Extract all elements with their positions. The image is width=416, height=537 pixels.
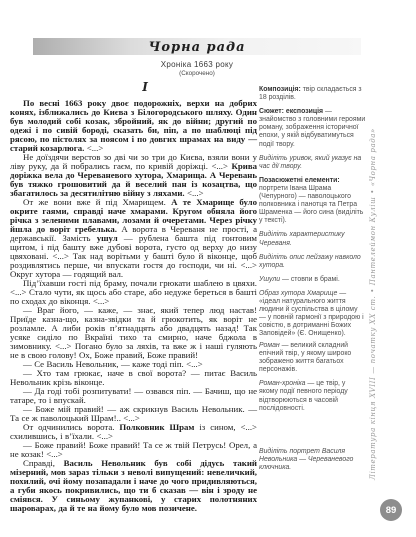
text-run: Роман-хроніка: [259, 380, 306, 387]
subtitle: Хроніка 1663 року: [33, 60, 361, 69]
chapter-numeral: І: [10, 80, 280, 94]
textbook-page: { "header": { "title": "Чорна рада", "su…: [0, 0, 416, 537]
annotation-theory: Роман — великий складний епічний твір, у…: [259, 342, 366, 374]
text-run: портрети Івана Шрама (Чепурного) — павол…: [259, 185, 363, 224]
paragraph: От одчинились ворота. Полковник Шрам із …: [10, 423, 257, 441]
edge-caption: Література кінця XVIII — початку XX ст. …: [369, 28, 377, 480]
paragraph: — Боже мій правий! — аж скрикнув Василь …: [10, 405, 257, 423]
text-run: Композиція:: [259, 86, 301, 93]
page-number-badge: 89: [380, 499, 402, 521]
text-run: Роман: [259, 342, 280, 349]
text-run: — стовпи в брамі.: [280, 276, 340, 283]
text-run: Сюжет:: [259, 108, 284, 115]
text-run: Василь Невольник був собі дідусь такий м…: [10, 458, 257, 513]
annotation-task: Виділіть опис пейзажу навколо хутора.: [259, 254, 366, 270]
paragraph: Справді, Василь Невольник був собі дідус…: [10, 459, 257, 513]
page-title: Чорна рада: [148, 40, 245, 55]
text-run: Образ хутора Хмарище: [259, 290, 337, 297]
chapter-title-bar: Чорна рада: [33, 38, 361, 55]
main-text-column: По весні 1663 року двоє подорожніх, верх…: [10, 99, 257, 513]
text-run: Позасюжетні елементи:: [259, 177, 340, 184]
annotation-task: Виділіть уривок, який указує на час дії …: [259, 155, 366, 171]
subtitle-block: Хроніка 1663 року (Скорочено): [33, 60, 361, 77]
text-run: Виділіть опис пейзажу навколо хутора.: [259, 254, 361, 269]
text-run: Виділіть характеристику Череваня.: [259, 231, 345, 246]
text-run: — Боже мій правий! — аж скрикнув Василь …: [10, 404, 257, 423]
paragraph: От же вони вже й під Хмарищем. А те Хмар…: [10, 198, 257, 279]
paragraph: — Боже правий! Боже правий! Та се ж твій…: [10, 441, 257, 459]
text-run: Ушули: [259, 276, 280, 283]
text-run: — Боже правий! Боже правий! Та се ж твій…: [10, 440, 257, 459]
annotation-note: Композиція: твір складається з 18 розділ…: [259, 86, 366, 102]
paragraph: По весні 1663 року двоє подорожніх, верх…: [10, 99, 257, 153]
annotation-note: Образ хутора Хмарище — «ідеал натурально…: [259, 290, 366, 339]
annotation-theory: Роман-хроніка — це твір, у якому події п…: [259, 380, 366, 412]
paragraph: — Враг його, — каже, — знає, який тепер …: [10, 306, 257, 360]
text-run: — «ідеал натурального життя людини й сус…: [259, 290, 364, 337]
annotation-task: Виділіть характеристику Череваня.: [259, 231, 366, 247]
text-run: По весні 1663 року двоє подорожніх, верх…: [10, 98, 257, 153]
annotation-task: Виділіть портрет Василя Невольника — Чер…: [259, 448, 366, 472]
text-run: Полковник Шрам: [119, 422, 194, 432]
paragraph: — Хто там грюкає, наче в свої ворота? — …: [10, 369, 257, 387]
annotation-gloss: Ушули — стовпи в брамі.: [259, 276, 366, 284]
text-run: Виділіть уривок, який указує на час дії …: [259, 155, 361, 170]
text-run: експозиція: [286, 108, 323, 115]
text-run: — Хто там грюкає, наче в свої ворота? — …: [10, 368, 257, 387]
paragraph: Під’їхавши гості під браму, почали грюка…: [10, 279, 257, 306]
paragraph: Не доїздячи верстов зо дві чи зо три до …: [10, 153, 257, 198]
annotations-top: Композиція: твір складається з 18 розділ…: [259, 86, 366, 344]
text-run: — Да годі тобі розпитувати! — озвався пі…: [10, 386, 257, 405]
text-run: Під’їхавши гості під браму, почали грюка…: [10, 278, 257, 306]
annotation-note: Позасюжетні елементи: портрети Івана Шра…: [259, 177, 366, 226]
annotation-note: Сюжет: експозиція — знайомство з головни…: [259, 108, 366, 148]
text-run: Не доїздячи верстов зо дві чи зо три до …: [10, 152, 257, 171]
paragraph: — Да годі тобі розпитувати! — озвався пі…: [10, 387, 257, 405]
text-run: — Враг його, — каже, — знає, який тепер …: [10, 305, 257, 360]
annotations-theory: Роман — великий складний епічний твір, у…: [259, 342, 366, 419]
text-run: Виділіть портрет Василя Невольника — Чер…: [259, 448, 353, 471]
subtitle-note: (Скорочено): [33, 70, 361, 77]
annotations-bottom: Виділіть портрет Василя Невольника — Чер…: [259, 448, 366, 478]
